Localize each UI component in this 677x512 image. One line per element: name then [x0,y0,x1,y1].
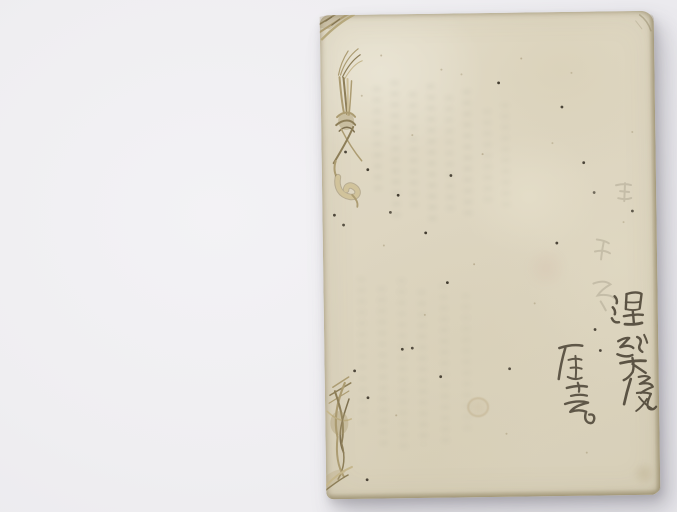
binding-cord-top-left [320,13,365,208]
cover-detail-overlay [320,11,661,500]
photo-background: 涅槃像 麻巻 [0,0,677,512]
calligraphy-title-column [612,292,657,411]
faded-ink-marks [592,183,633,311]
manuscript-book: 涅槃像 麻巻 [320,11,661,500]
binding-cord-bottom-left [323,377,353,491]
corner-crease [636,15,651,31]
calligraphy-sub-column [558,345,594,424]
